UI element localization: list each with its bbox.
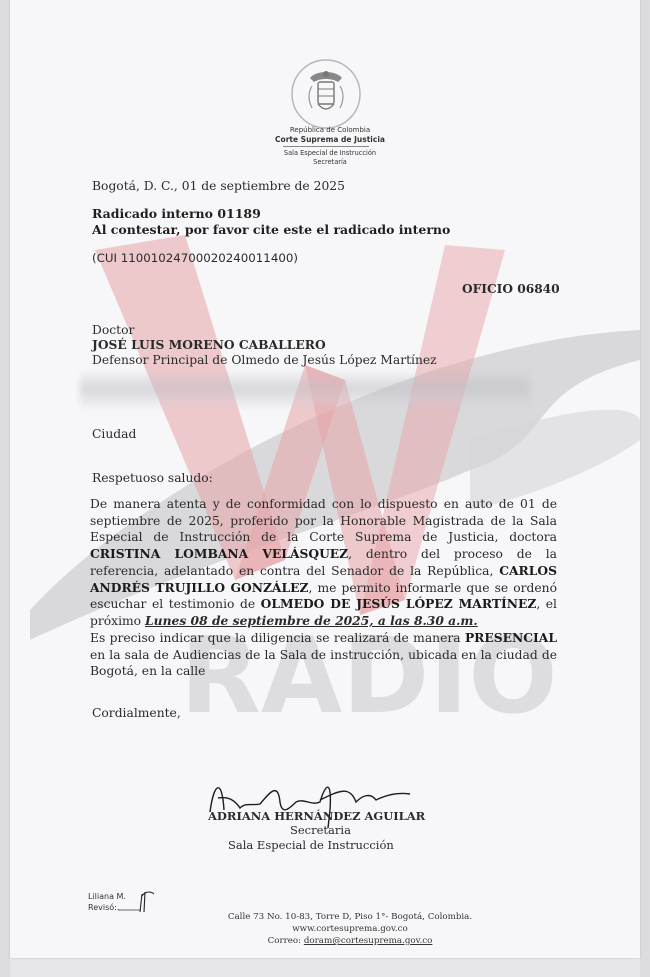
colombia-coat-of-arms-icon: [288, 56, 364, 132]
reviewer-initials: [118, 888, 158, 914]
recipient-city: Ciudad: [92, 426, 136, 442]
radicado-note: Al contestar, por favor cite este el rad…: [92, 222, 450, 238]
modality: PRESENCIAL: [465, 630, 557, 645]
header-divider: [283, 146, 369, 147]
recipient-name: JOSÉ LUIS MORENO CABALLERO: [92, 337, 326, 353]
header-country: República de Colombia: [250, 126, 410, 134]
radicado-number: Radicado interno 01189: [92, 206, 261, 222]
recipient-title: Doctor: [92, 322, 134, 338]
header-chamber: Sala Especial de Instrucción: [250, 149, 410, 157]
header-office: Secretaría: [250, 158, 410, 166]
reviewed-label: Revisó:.: [88, 903, 119, 912]
signer-role: Secretaria: [290, 822, 351, 838]
recipient-role: Defensor Principal de Olmedo de Jesús Ló…: [92, 352, 437, 368]
cui-number: (CUI 11001024700020240011400): [92, 250, 298, 266]
place-date: Bogotá, D. C., 01 de septiembre de 2025: [92, 178, 345, 194]
footer-website: www.cortesuprema.gov.co: [180, 924, 520, 934]
greeting: Respetuoso saludo:: [92, 470, 213, 486]
witness-name: OLMEDO DE JESÚS LÓPEZ MARTÍNEZ: [261, 596, 537, 611]
header-institution: Corte Suprema de Justicia: [250, 135, 410, 144]
body2-text: Es preciso indicar que la diligencia se …: [90, 631, 465, 645]
body-paragraph-2: Es preciso indicar que la diligencia se …: [90, 630, 557, 680]
signer-unit: Sala Especial de Instrucción: [228, 837, 394, 853]
footer-email-line: Correo: doram@cortesuprema.gov.co: [180, 936, 520, 946]
closing: Cordialmente,: [92, 705, 181, 721]
oficio-number: OFICIO 06840: [462, 281, 560, 297]
body2-text: en la sala de Audiencias de la Sala de i…: [90, 648, 557, 679]
body-paragraph-1: De manera atenta y de conformidad con lo…: [90, 496, 557, 630]
magistrate-name: CRISTINA LOMBANA VELÁSQUEZ: [90, 546, 348, 561]
body1-text: De manera atenta y de conformidad con lo…: [90, 497, 557, 544]
footer-address: Calle 73 No. 10-83, Torre D, Piso 1°- Bo…: [180, 912, 520, 922]
document-viewer: RADIO República de Colombia Corte Suprem…: [0, 0, 650, 977]
footer-email-link[interactable]: doram@cortesuprema.gov.co: [304, 936, 433, 946]
footer-email-label: Correo:: [268, 936, 304, 946]
hearing-datetime: Lunes 08 de septiembre de 2025, a las 8.…: [145, 613, 478, 628]
